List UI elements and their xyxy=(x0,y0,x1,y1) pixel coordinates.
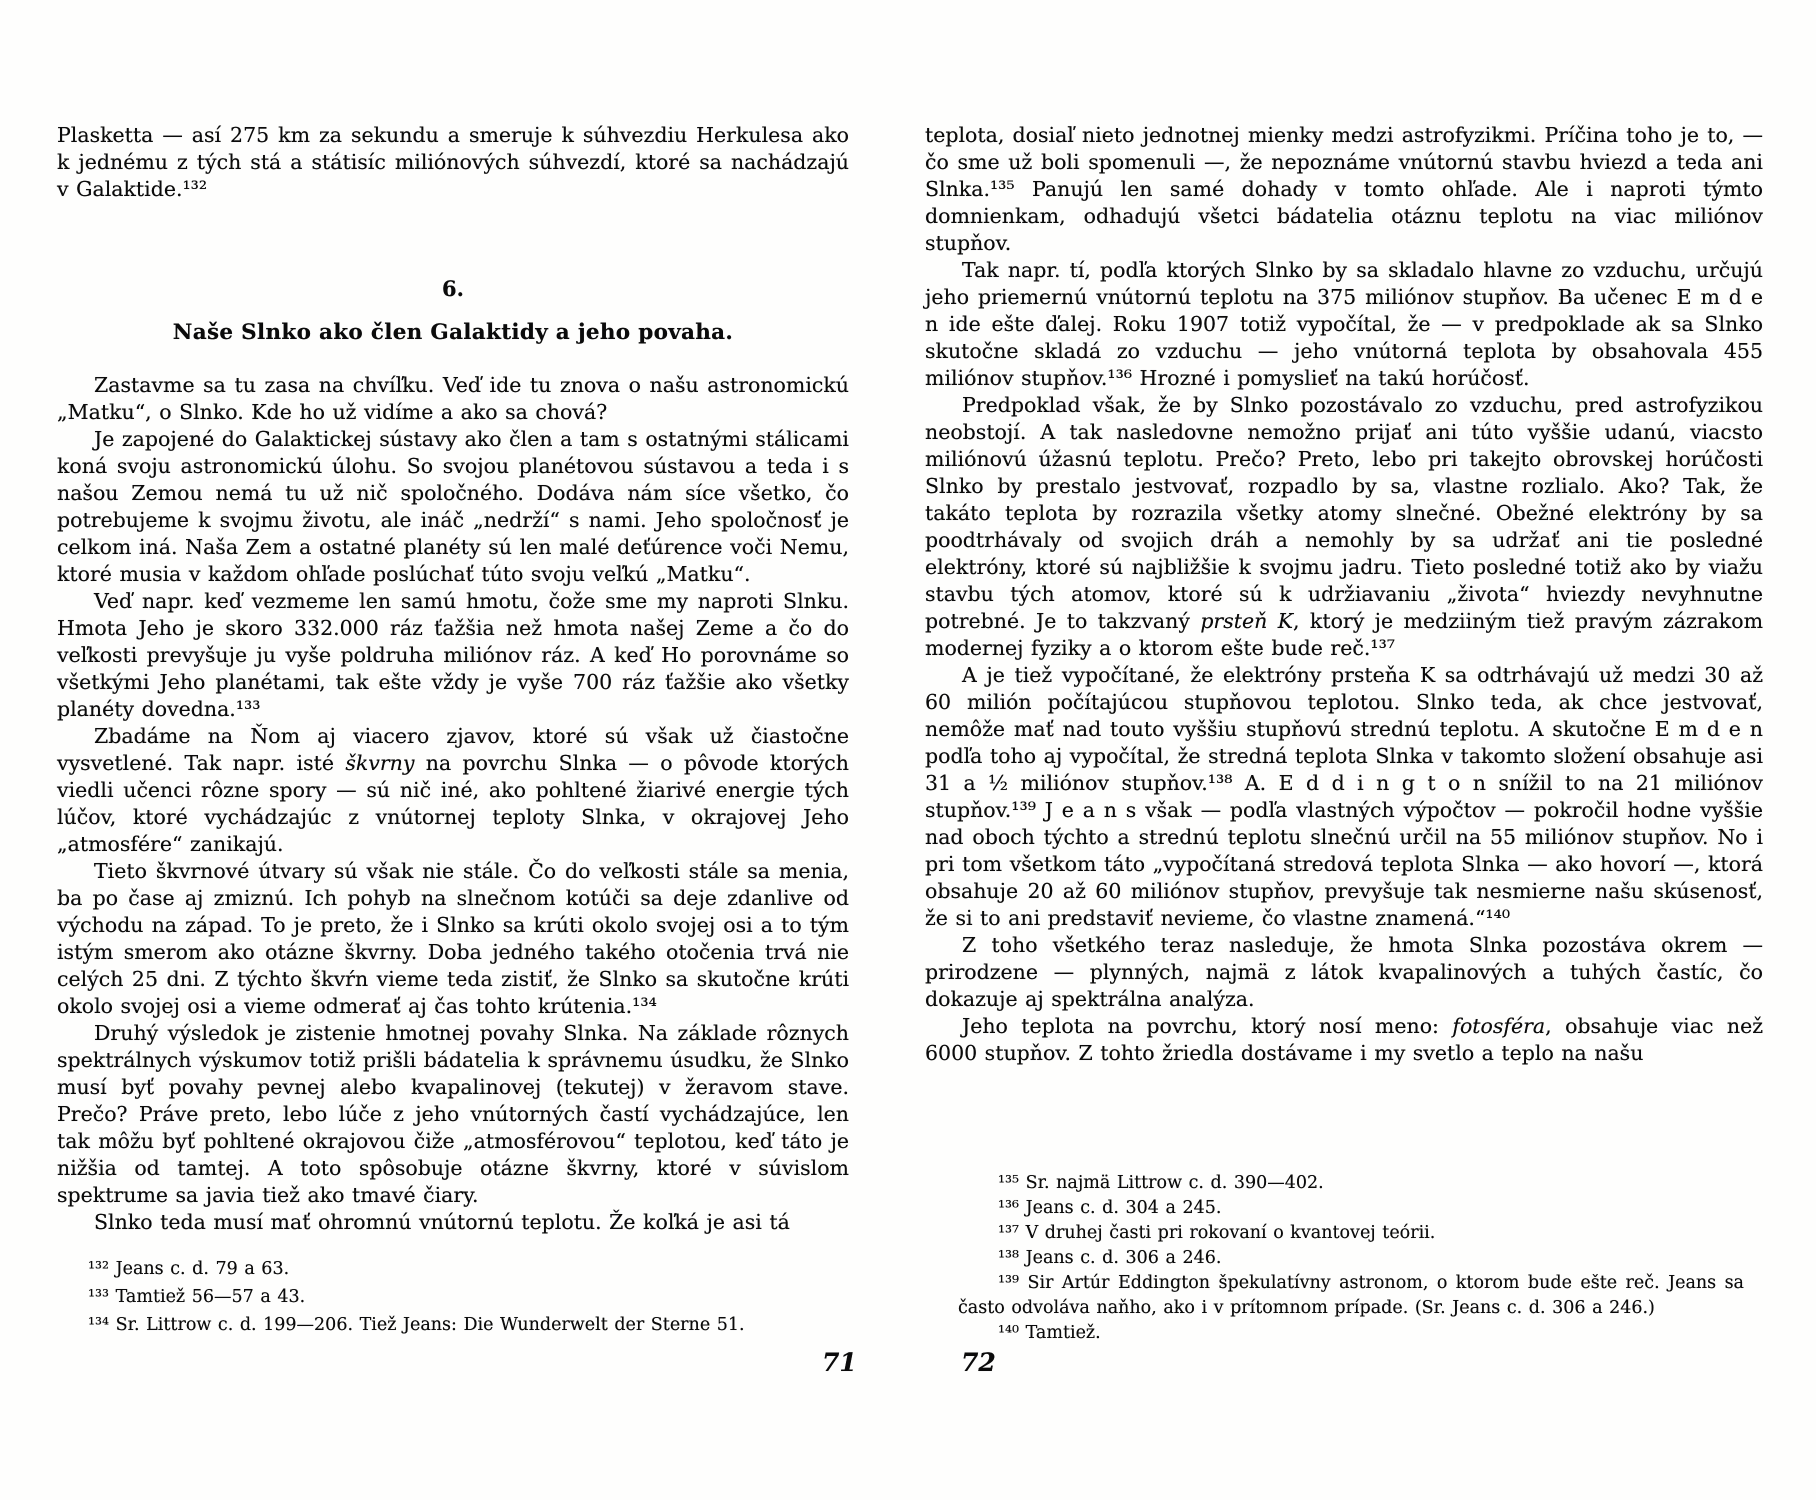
footnote: ¹³⁵ Sr. najmä Littrow c. d. 390—402. xyxy=(958,1171,1744,1196)
section-number: 6. xyxy=(57,275,849,302)
footnote: ¹³³ Tamtiež 56—57 a 43. xyxy=(57,1283,849,1311)
footnote: ¹³⁷ V druhej časti pri rokovaní o kvanto… xyxy=(958,1221,1744,1246)
body-paragraph: Slnko teda musí mať ohromnú vnútornú tep… xyxy=(57,1209,849,1236)
chapter-heading: Naše Slnko ako člen Galaktidy a jeho pov… xyxy=(57,319,849,346)
body-paragraph: Druhý výsledok je zistenie hmotnej povah… xyxy=(57,1020,849,1209)
footnote: ¹³⁴ Sr. Littrow c. d. 199—206. Tiež Jean… xyxy=(57,1311,849,1339)
page-number-right: 72 xyxy=(961,1349,996,1376)
continuation-paragraph: teplota, dosiaľ nieto jednotnej mienky m… xyxy=(925,122,1763,257)
left-footnotes: ¹³² Jeans c. d. 79 a 63. ¹³³ Tamtiež 56—… xyxy=(57,1255,849,1339)
body-paragraph: Tak napr. tí, podľa ktorých Slnko by sa … xyxy=(925,257,1763,392)
body-paragraph: Zastavme sa tu zasa na chvíľku. Veď ide … xyxy=(57,372,849,426)
page-number-left: 71 xyxy=(822,1349,857,1376)
body-paragraph: Predpoklad však, že by Slnko pozostávalo… xyxy=(925,392,1763,662)
body-paragraph: Tieto škvrnové útvary sú však nie stále.… xyxy=(57,858,849,1020)
book-scan: Plasketta — así 275 km za sekundu a smer… xyxy=(0,0,1816,1500)
left-page: Plasketta — así 275 km za sekundu a smer… xyxy=(57,122,849,1236)
footnote: ¹³⁸ Jeans c. d. 306 a 246. xyxy=(958,1246,1744,1271)
footnote: ¹⁴⁰ Tamtiež. xyxy=(958,1321,1744,1346)
body-paragraph: Je zapojené do Galaktickej sústavy ako č… xyxy=(57,426,849,588)
body-paragraph: Veď napr. keď vezmeme len samú hmotu, čo… xyxy=(57,588,849,723)
body-paragraph: Jeho teplota na povrchu, ktorý nosí meno… xyxy=(925,1013,1763,1067)
right-page: teplota, dosiaľ nieto jednotnej mienky m… xyxy=(925,122,1763,1067)
continuation-paragraph: Plasketta — así 275 km za sekundu a smer… xyxy=(57,122,849,203)
footnote: ¹³² Jeans c. d. 79 a 63. xyxy=(57,1255,849,1283)
body-paragraph: Z toho všetkého teraz nasleduje, že hmot… xyxy=(925,932,1763,1013)
footnote: ¹³⁶ Jeans c. d. 304 a 245. xyxy=(958,1196,1744,1221)
footnote: ¹³⁹ Sir Artúr Eddington špekulatívny ast… xyxy=(958,1271,1744,1321)
body-paragraph: Zbadáme na Ňom aj viacero zjavov, ktoré … xyxy=(57,723,849,858)
body-paragraph: A je tiež vypočítané, že elektróny prste… xyxy=(925,662,1763,932)
right-footnotes: ¹³⁵ Sr. najmä Littrow c. d. 390—402. ¹³⁶… xyxy=(958,1171,1744,1346)
